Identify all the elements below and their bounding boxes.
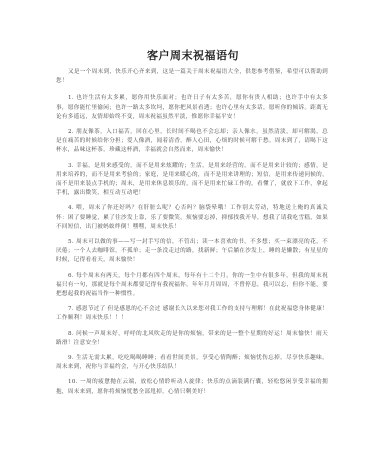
intro-paragraph: 又是一个周末到，快乐开心齐来到，这是一篇关于周末祝福语大全，供您参考借鉴，希望可… bbox=[56, 68, 328, 86]
list-item: 4. 喂，周末了你还好吗？在肝脏么呢？心否吗？脑袋晕哦！工作别太劳动，特地送上俺… bbox=[56, 204, 328, 232]
list-item: 5. 周末可以做的事——写一封手写的信，不管出；读一本喜欢的书，不多想；买一束漂… bbox=[56, 238, 328, 266]
list-item: 6. 每个周末有两天，每个月都有四个周末，每年有十二个月，你的一生中有很多年，但… bbox=[56, 272, 328, 300]
document-page: 客户周末祝福语句 又是一个周末到，快乐开心齐来到，这是一篇关于周末祝福语大全，供… bbox=[0, 0, 386, 450]
list-item: 7. 感恩节过了 但是感恩的心不会过 感谢长久以来您对我工作的支持与理解！在此祝… bbox=[56, 305, 328, 323]
list-item: 2. 朋友像茶，入口福苦，回在心里，长时间不喝也不会忘却；亲人像水，虽然清淡，却… bbox=[56, 128, 328, 156]
document-title: 客户周末祝福语句 bbox=[0, 47, 386, 63]
list-item: 8. 问候一声周末好，呼呼的北风吹走的是你的烦恼，带来的是一整个星期的好运！周末… bbox=[56, 330, 328, 348]
list-item: 3. 幸福，是用来感受的，而不是用来炫耀的；生活，是用来经营的，而不是用来计较的… bbox=[56, 162, 328, 199]
document-body: 又是一个周末到，快乐开心齐来到，这是一篇关于周末祝福语大全，供您参考借鉴，希望可… bbox=[56, 68, 328, 403]
list-item: 10. 一周的疲惫抛在云端，放松心情聆听动人旋律；快乐的点滴装满行囊，轻松悠闲享… bbox=[56, 378, 328, 396]
list-item: 1. 也许生活有太多累，愿你用快乐面对；也许日子有太多苦，愿你有贵人相助；也许手… bbox=[56, 94, 328, 122]
list-item: 9. 生活无需太累，吃吃喝喝睡睡；看看世间美景，享受心情陶醉；烦恼忧伤忘掉，尽享… bbox=[56, 354, 328, 372]
